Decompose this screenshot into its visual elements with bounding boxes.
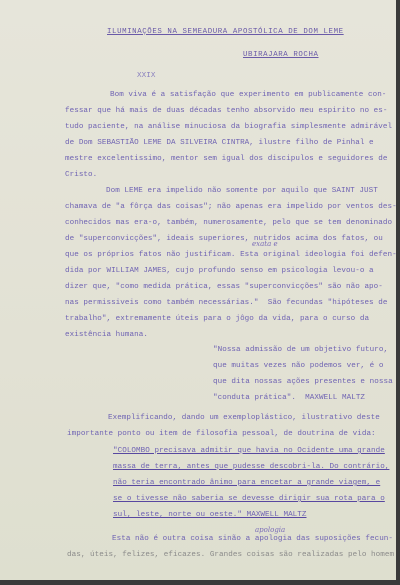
body-line: existência humana.: [65, 331, 148, 340]
body-line: tudo paciente, na análise minuciosa da b…: [65, 123, 392, 132]
document-author: UBIRAJARA ROCHA: [243, 51, 319, 60]
body-line: mestre excelentissimo, mentor sem igual …: [65, 155, 388, 164]
body-line: dizer que, "como medida prática, essas "…: [65, 283, 383, 292]
body-line: fessar que há mais de duas décadas tenho…: [65, 107, 388, 116]
body-line: de Dom SEBASTIÃO LEME DA SILVEIRA CINTRA…: [65, 139, 374, 148]
quote-line: "COLOMBO precisava admitir que havia no …: [113, 447, 385, 456]
body-line: Cristo.: [65, 171, 97, 180]
body-line: dida por WILLIAM JAMES, cujo profundo se…: [65, 267, 374, 276]
body-line: das, úteis, felizes, eficazes. Grandes c…: [67, 551, 394, 560]
quote-line: que muitas vezes não podemos ver, é o: [213, 362, 383, 371]
body-line: de "superconvicções", ideais superiores,…: [65, 235, 383, 244]
quote-line: sul, leste, norte ou oeste." MAXWELL MAL…: [113, 511, 307, 520]
handwritten-insert-exata: exata e: [252, 240, 278, 248]
document-title: ILUMINAÇÕES NA SEMEADURA APOSTÓLICA DE D…: [107, 28, 344, 37]
quote-line: se o tivesse não saberia se devesse diri…: [113, 495, 385, 504]
body-line: trabalho", extremamente úteis para o jôg…: [65, 315, 369, 324]
quote-line: massa de terra, antes que pudesse descob…: [113, 463, 389, 472]
body-line: Bom viva é a satisfação que experimento …: [110, 91, 386, 100]
quote-line: não teria encontrado ânimo para encetar …: [113, 479, 380, 488]
body-line: Exemplificando, dando um exemploplástico…: [108, 414, 380, 423]
body-line: que os próprios fatos não justificam. Es…: [65, 251, 397, 260]
quote-line: que dita nossas ações presentes e nossa: [213, 378, 393, 387]
body-line: nas permissiveis como também necessárias…: [65, 299, 388, 308]
quote-line: "Nossa admissão de um objetivo futuro,: [213, 346, 388, 355]
body-line: chamava de "a fôrça das coisas"; não ape…: [65, 203, 397, 212]
body-line: Esta não é outra coisa sinão a apologia …: [112, 535, 393, 544]
body-line: Dom LEME era impelido não somente por aq…: [106, 187, 378, 196]
chapter-number: XXIX: [137, 72, 155, 81]
quote-line: "conduta prática". MAXWELL MALTZ: [213, 394, 365, 403]
typewritten-page: ILUMINAÇÕES NA SEMEADURA APOSTÓLICA DE D…: [0, 0, 396, 580]
handwritten-insert-apologia: apologia: [255, 526, 285, 534]
body-line: conhecidos mas era-o, também, numerosame…: [65, 219, 392, 228]
body-line: importante ponto ou item de filosofia pe…: [67, 430, 376, 439]
